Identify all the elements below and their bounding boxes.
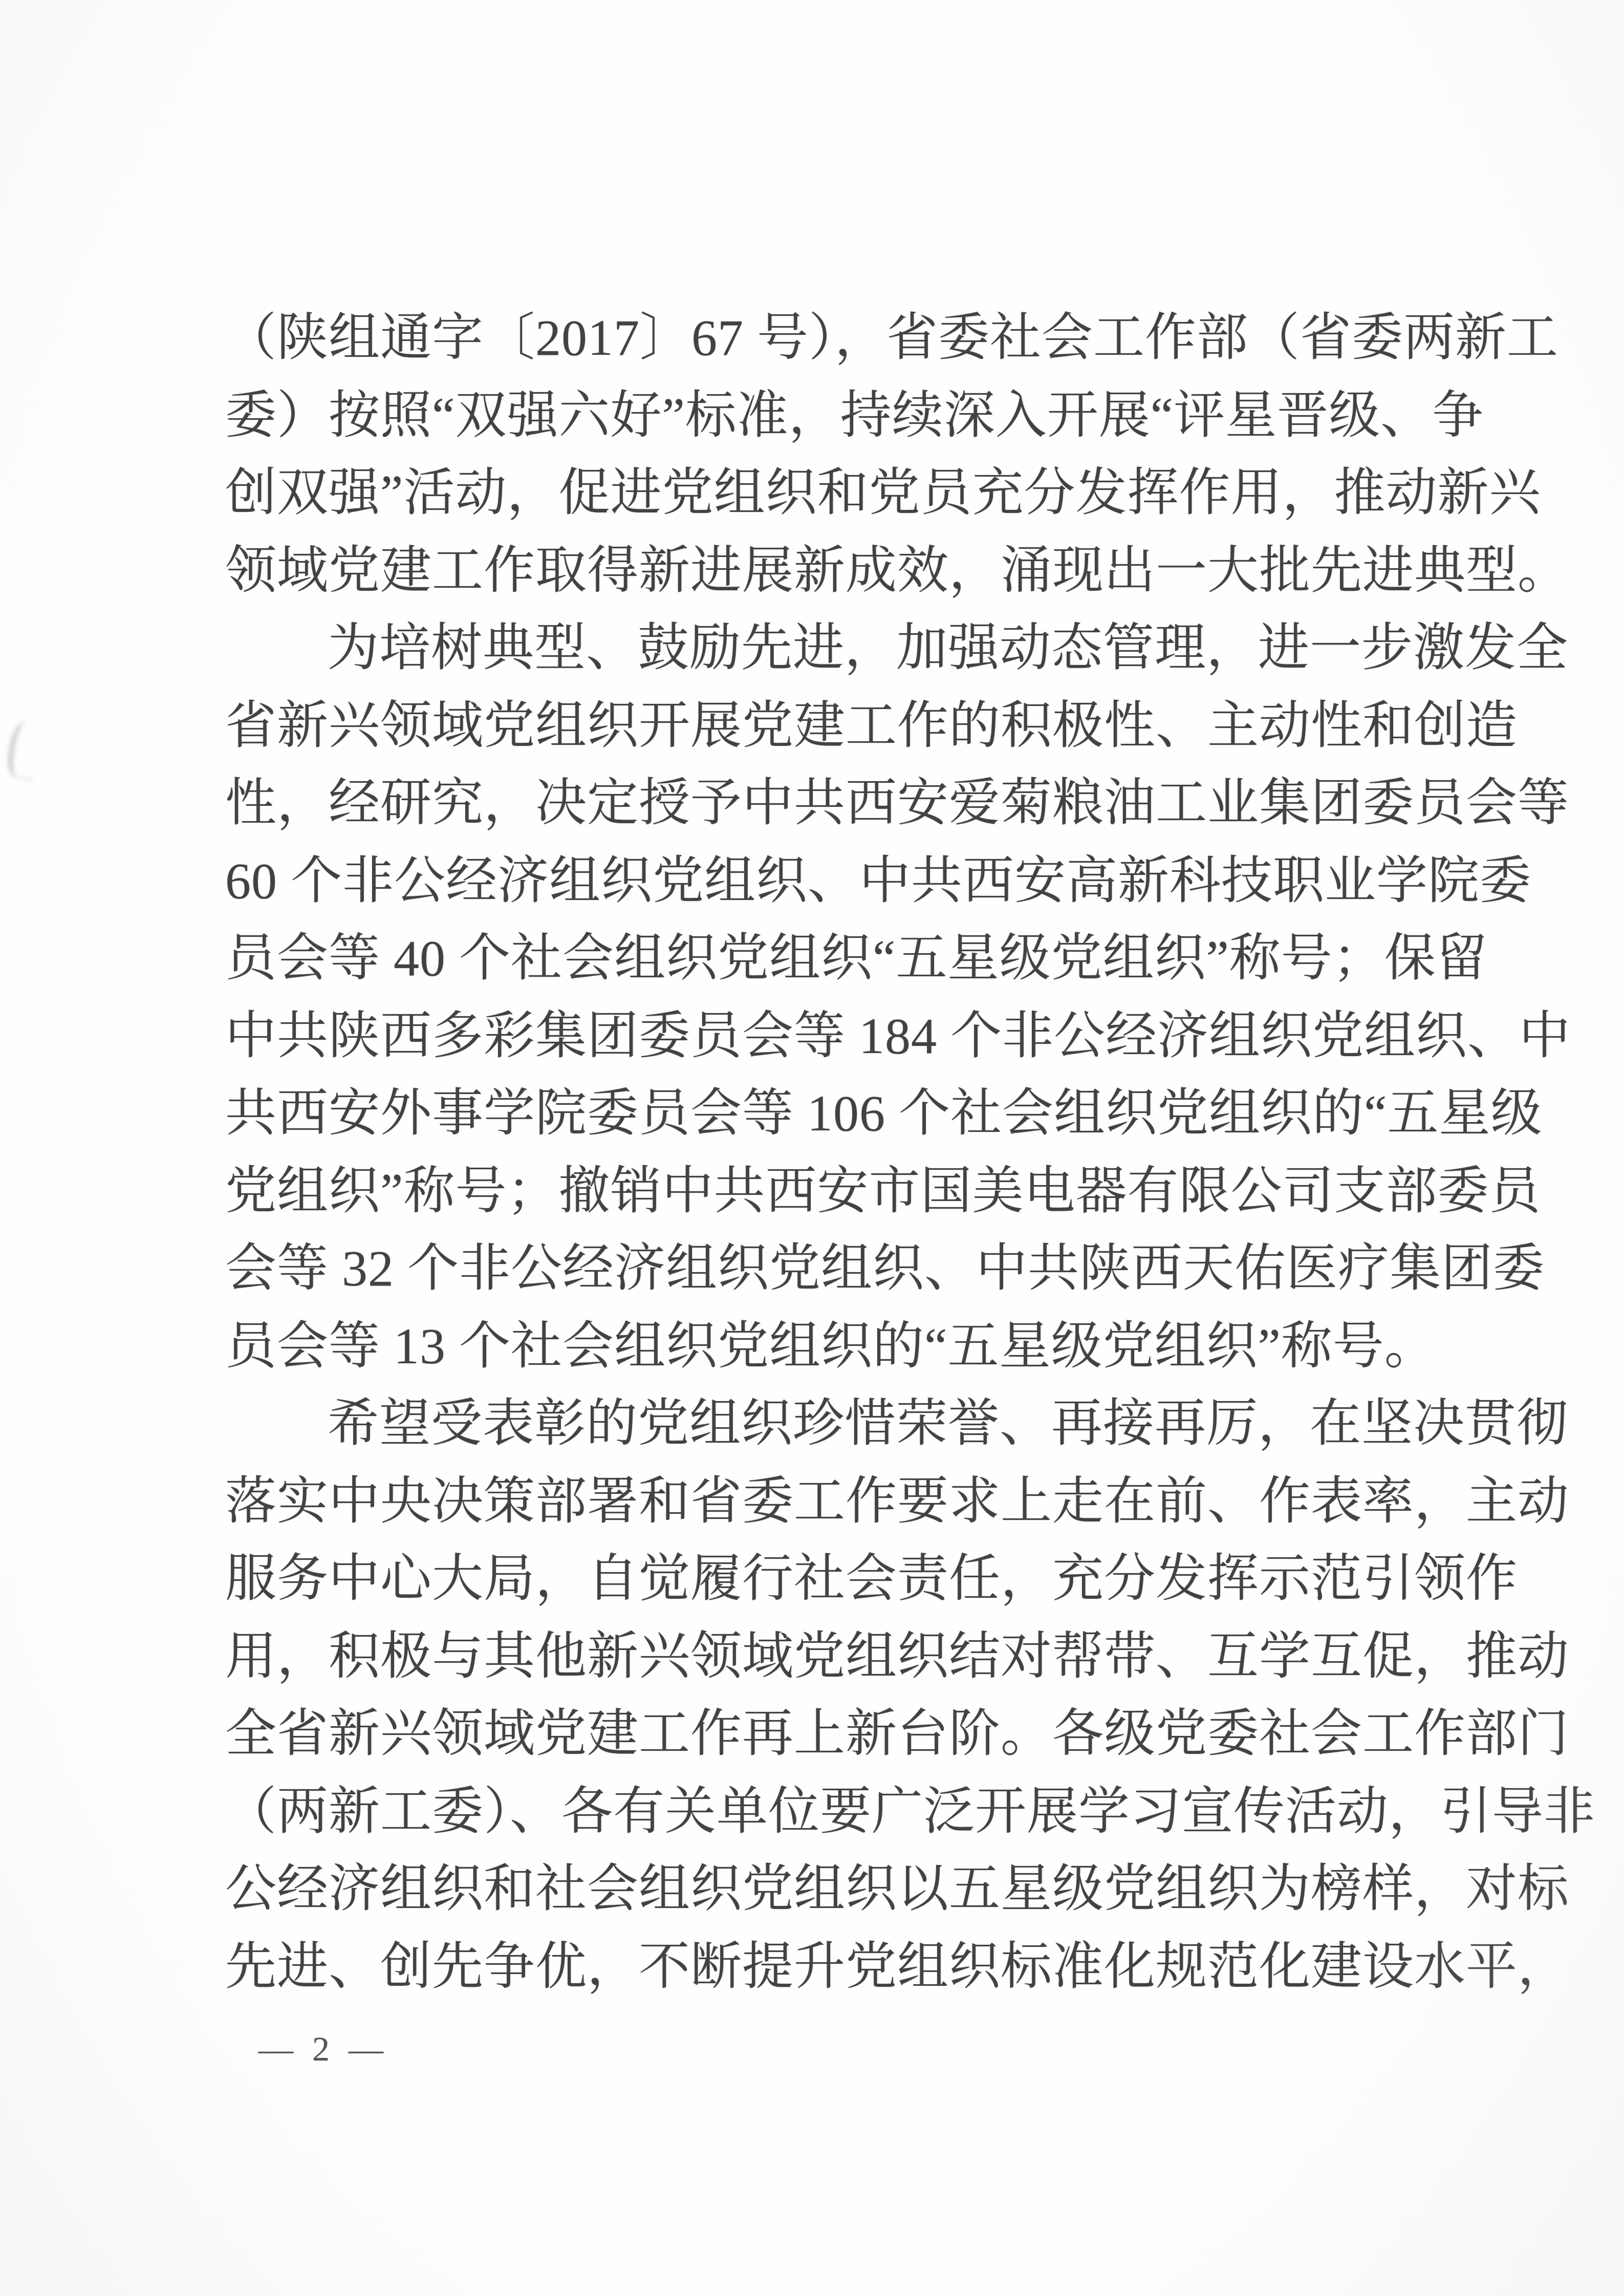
document-line: （两新工委）、各有关单位要广泛开展学习宣传活动，引导非: [225, 1773, 1443, 1851]
document-line: 希望受表彰的党组织珍惜荣誉、再接再厉，在坚决贯彻: [225, 1385, 1443, 1463]
document-line: 公经济组织和社会组织党组织以五星级党组织为榜样，对标: [225, 1850, 1443, 1928]
document-line: 性，经研究，决定授予中共西安爱菊粮油工业集团委员会等: [225, 764, 1443, 842]
document-body: （陕组通字〔2017〕67 号），省委社会工作部（省委两新工委）按照“双强六好”…: [225, 299, 1443, 2005]
document-page: （陕组通字〔2017〕67 号），省委社会工作部（省委两新工委）按照“双强六好”…: [0, 0, 1624, 2296]
document-line: 员会等 13 个社会组织党组织的“五星级党组织”称号。: [225, 1307, 1443, 1385]
document-line: 服务中心大局，自觉履行社会责任，充分发挥示范引领作: [225, 1540, 1443, 1618]
document-line: 创双强”活动，促进党组织和党员充分发挥作用，推动新兴: [225, 454, 1443, 532]
document-line: 领域党建工作取得新进展新成效，涌现出一大批先进典型。: [225, 532, 1443, 610]
document-line: 全省新兴领域党建工作再上新台阶。各级党委社会工作部门: [225, 1695, 1443, 1773]
document-line: 中共陕西多彩集团委员会等 184 个非公经济组织党组织、中: [225, 997, 1443, 1075]
document-line: 先进、创先争优，不断提升党组织标准化规范化建设水平，: [225, 1928, 1443, 2006]
document-line: 60 个非公经济组织党组织、中共西安高新科技职业学院委: [225, 842, 1443, 920]
document-line: 委）按照“双强六好”标准，持续深入开展“评星晋级、争: [225, 377, 1443, 455]
document-line: 省新兴领域党组织开展党建工作的积极性、主动性和创造: [225, 687, 1443, 765]
page-number: — 2 —: [258, 2023, 388, 2074]
document-line: 员会等 40 个社会组织党组织“五星级党组织”称号；保留: [225, 919, 1443, 997]
document-line: 共西安外事学院委员会等 106 个社会组织党组织的“五星级: [225, 1075, 1443, 1152]
scan-smudge-artifact: [5, 719, 41, 781]
document-line: （陕组通字〔2017〕67 号），省委社会工作部（省委两新工: [225, 299, 1443, 377]
document-line: 党组织”称号；撤销中共西安市国美电器有限公司支部委员: [225, 1152, 1443, 1230]
document-line: 落实中央决策部署和省委工作要求上走在前、作表率，主动: [225, 1463, 1443, 1540]
document-line: 为培树典型、鼓励先进，加强动态管理，进一步激发全: [225, 609, 1443, 687]
document-line: 用，积极与其他新兴领域党组织结对帮带、互学互促，推动: [225, 1618, 1443, 1696]
document-line: 会等 32 个非公经济组织党组织、中共陕西天佑医疗集团委: [225, 1230, 1443, 1307]
